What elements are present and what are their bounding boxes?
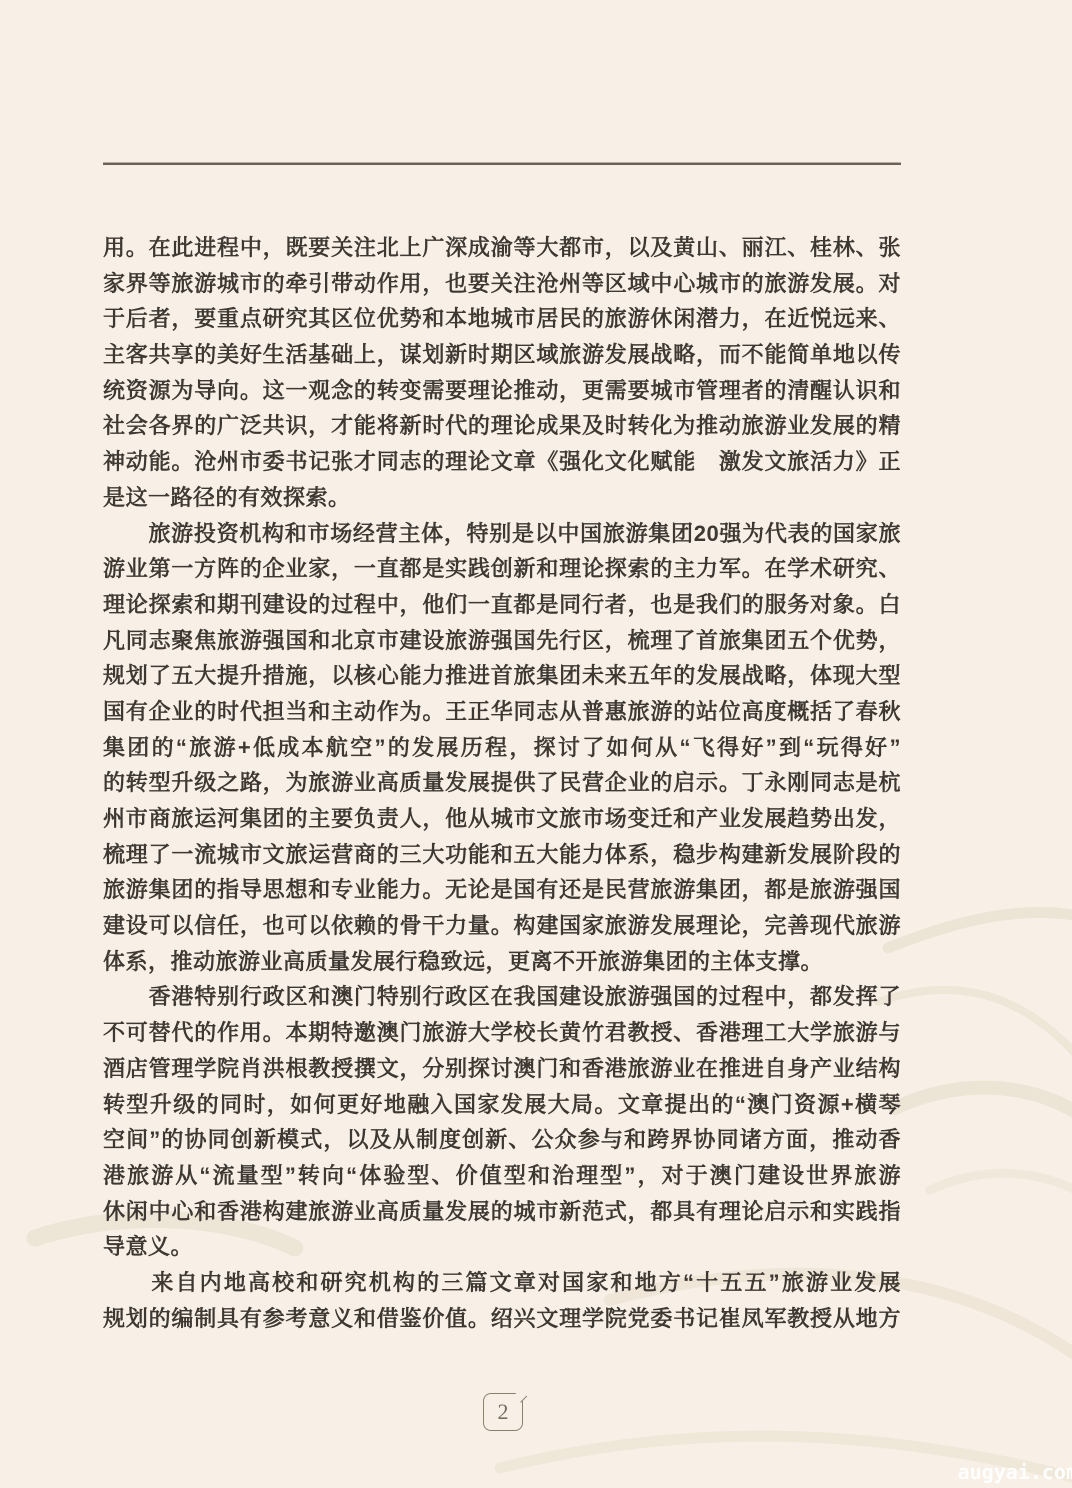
- page-number: 2: [498, 1401, 509, 1423]
- text-line: 香港特别行政区和澳门特别行政区在我国建设旅游强国的过程中，都发挥了: [103, 979, 901, 1015]
- text-line: 空间”的协同创新模式，以及从制度创新、公众参与和跨界协同诸方面，推动香: [103, 1122, 901, 1158]
- text-line: 来自内地高校和研究机构的三篇文章对国家和地方“十五五”旅游业发展: [103, 1265, 901, 1301]
- text-line: 统资源为导向。这一观念的转变需要理论推动，更需要城市管理者的清醒认识和: [103, 373, 901, 409]
- text-line: 用。在此进程中，既要关注北上广深成渝等大都市，以及黄山、丽江、桂林、张: [103, 230, 901, 266]
- text-line: 规划的编制具有参考意义和借鉴价值。绍兴文理学院党委书记崔凤军教授从地方: [103, 1301, 901, 1337]
- text-line: 州市商旅运河集团的主要负责人，他从城市文旅市场变迁和产业发展趋势出发，: [103, 801, 901, 837]
- paragraph: 香港特别行政区和澳门特别行政区在我国建设旅游强国的过程中，都发挥了不可替代的作用…: [103, 979, 901, 1265]
- text-line: 社会各界的广泛共识，才能将新时代的理论成果及时转化为推动旅游业发展的精: [103, 408, 901, 444]
- text-line: 于后者，要重点研究其区位优势和本地城市居民的旅游休闲潜力，在近悦远来、: [103, 301, 901, 337]
- text-line: 集团的“旅游+低成本航空”的发展历程，探讨了如何从“飞得好”到“玩得好”: [103, 730, 901, 766]
- text-line: 国有企业的时代担当和主动作为。王正华同志从普惠旅游的站位高度概括了春秋: [103, 694, 901, 730]
- header-rule: [103, 162, 901, 165]
- corner-notch: [514, 1389, 527, 1402]
- text-line: 转型升级的同时，如何更好地融入国家发展大局。文章提出的“澳门资源+横琴: [103, 1087, 901, 1123]
- text-line: 规划了五大提升措施，以核心能力推进首旅集团未来五年的发展战略，体现大型: [103, 658, 901, 694]
- text-line: 主客共享的美好生活基础上，谋划新时期区域旅游发展战略，而不能简单地以传: [103, 337, 901, 373]
- text-line: 旅游集团的指导思想和专业能力。无论是国有还是民营旅游集团，都是旅游强国: [103, 872, 901, 908]
- text-line: 梳理了一流城市文旅运营商的三大功能和五大能力体系，稳步构建新发展阶段的: [103, 837, 901, 873]
- text-line: 神动能。沧州市委书记张才同志的理论文章《强化文化赋能 激发文旅活力》正: [103, 444, 901, 480]
- text-line: 理论探索和期刊建设的过程中，他们一直都是同行者，也是我们的服务对象。白: [103, 587, 901, 623]
- text-line: 酒店管理学院肖洪根教授撰文，分别探讨澳门和香港旅游业在推进自身产业结构: [103, 1051, 901, 1087]
- page: 用。在此进程中，既要关注北上广深成渝等大都市，以及黄山、丽江、桂林、张家界等旅游…: [0, 0, 1072, 1488]
- paragraph: 用。在此进程中，既要关注北上广深成渝等大都市，以及黄山、丽江、桂林、张家界等旅游…: [103, 230, 901, 516]
- text-line: 家界等旅游城市的牵引带动作用，也要关注沧州等区域中心城市的旅游发展。对: [103, 266, 901, 302]
- page-number-box: 2: [483, 1393, 523, 1431]
- article: 用。在此进程中，既要关注北上广深成渝等大都市，以及黄山、丽江、桂林、张家界等旅游…: [103, 230, 901, 1336]
- text-line: 游业第一方阵的企业家，一直都是实践创新和理论探索的主力军。在学术研究、: [103, 551, 901, 587]
- text-line: 是这一路径的有效探索。: [103, 480, 901, 516]
- watermark-text: augyai.com: [958, 1460, 1072, 1484]
- text-line: 导意义。: [103, 1229, 901, 1265]
- text-line: 休闲中心和香港构建旅游业高质量发展的城市新范式，都具有理论启示和实践指: [103, 1194, 901, 1230]
- text-line: 旅游投资机构和市场经营主体，特别是以中国旅游集团20强为代表的国家旅: [103, 516, 901, 552]
- text-line: 不可替代的作用。本期特邀澳门旅游大学校长黄竹君教授、香港理工大学旅游与: [103, 1015, 901, 1051]
- text-line: 的转型升级之路，为旅游业高质量发展提供了民营企业的启示。丁永刚同志是杭: [103, 765, 901, 801]
- text-line: 建设可以信任，也可以依赖的骨干力量。构建国家旅游发展理论，完善现代旅游: [103, 908, 901, 944]
- paragraph: 来自内地高校和研究机构的三篇文章对国家和地方“十五五”旅游业发展规划的编制具有参…: [103, 1265, 901, 1336]
- text-line: 港旅游从“流量型”转向“体验型、价值型和治理型”，对于澳门建设世界旅游: [103, 1158, 901, 1194]
- text-line: 凡同志聚焦旅游强国和北京市建设旅游强国先行区，梳理了首旅集团五个优势，: [103, 623, 901, 659]
- text-line: 体系，推动旅游业高质量发展行稳致远，更离不开旅游集团的主体支撑。: [103, 944, 901, 980]
- paragraph: 旅游投资机构和市场经营主体，特别是以中国旅游集团20强为代表的国家旅游业第一方阵…: [103, 516, 901, 980]
